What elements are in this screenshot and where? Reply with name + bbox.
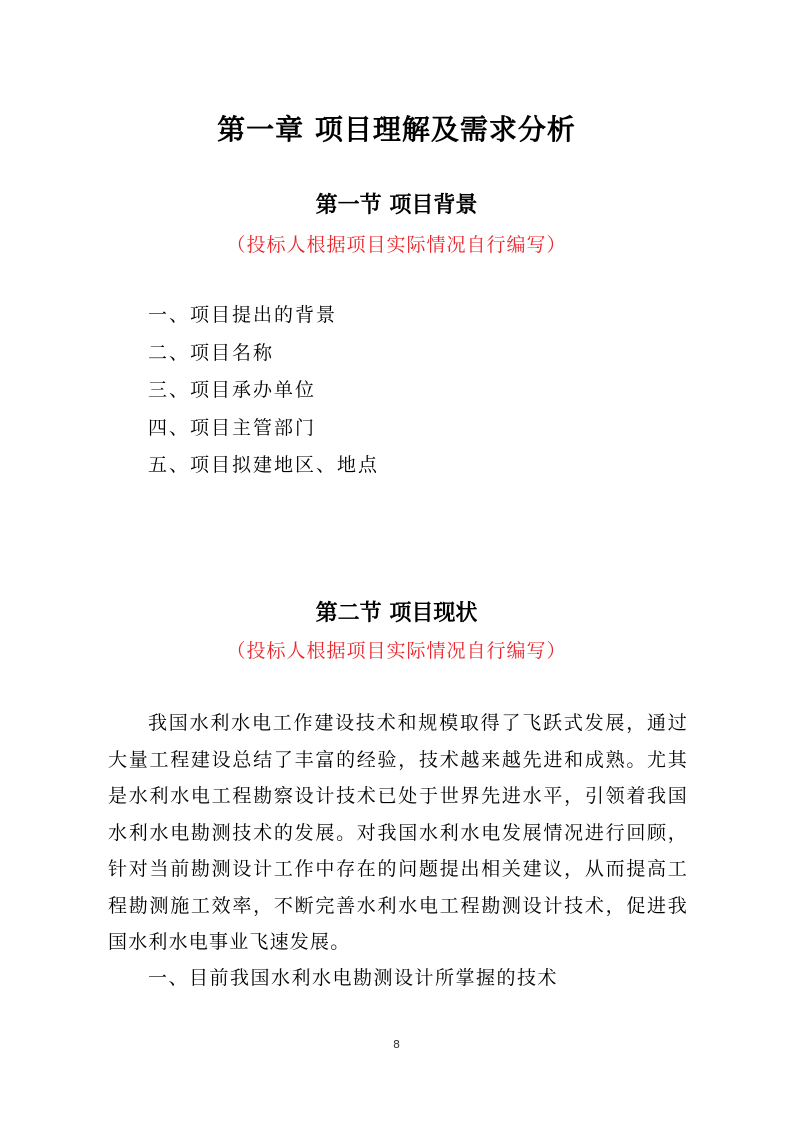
list-item-location: 五、项目拟建地区、地点 — [148, 450, 379, 488]
page-number: 8 — [0, 1038, 793, 1051]
section-1-note: （投标人根据项目实际情况自行编写） — [0, 230, 793, 257]
section-2-note: （投标人根据项目实际情况自行编写） — [0, 636, 793, 663]
list-item-background: 一、项目提出的背景 — [148, 300, 379, 338]
section-1-title: 第一节 项目背景 — [0, 188, 793, 219]
list-item-organizer: 三、项目承办单位 — [148, 375, 379, 413]
section-2-paragraph: 我国水利水电工作建设技术和规模取得了飞跃式发展，通过大量工程建设总结了丰富的经验… — [108, 705, 688, 961]
section-2-title: 第二节 项目现状 — [0, 596, 793, 627]
chapter-title: 第一章 项目理解及需求分析 — [0, 108, 793, 148]
document-page: 第一章 项目理解及需求分析 第一节 项目背景 （投标人根据项目实际情况自行编写）… — [0, 0, 793, 1122]
list-item-name: 二、项目名称 — [148, 338, 379, 376]
section-2-sub-heading: 一、目前我国水利水电勘测设计所掌握的技术 — [148, 963, 558, 990]
list-item-authority: 四、项目主管部门 — [148, 413, 379, 451]
section-1-list: 一、项目提出的背景 二、项目名称 三、项目承办单位 四、项目主管部门 五、项目拟… — [148, 300, 379, 488]
